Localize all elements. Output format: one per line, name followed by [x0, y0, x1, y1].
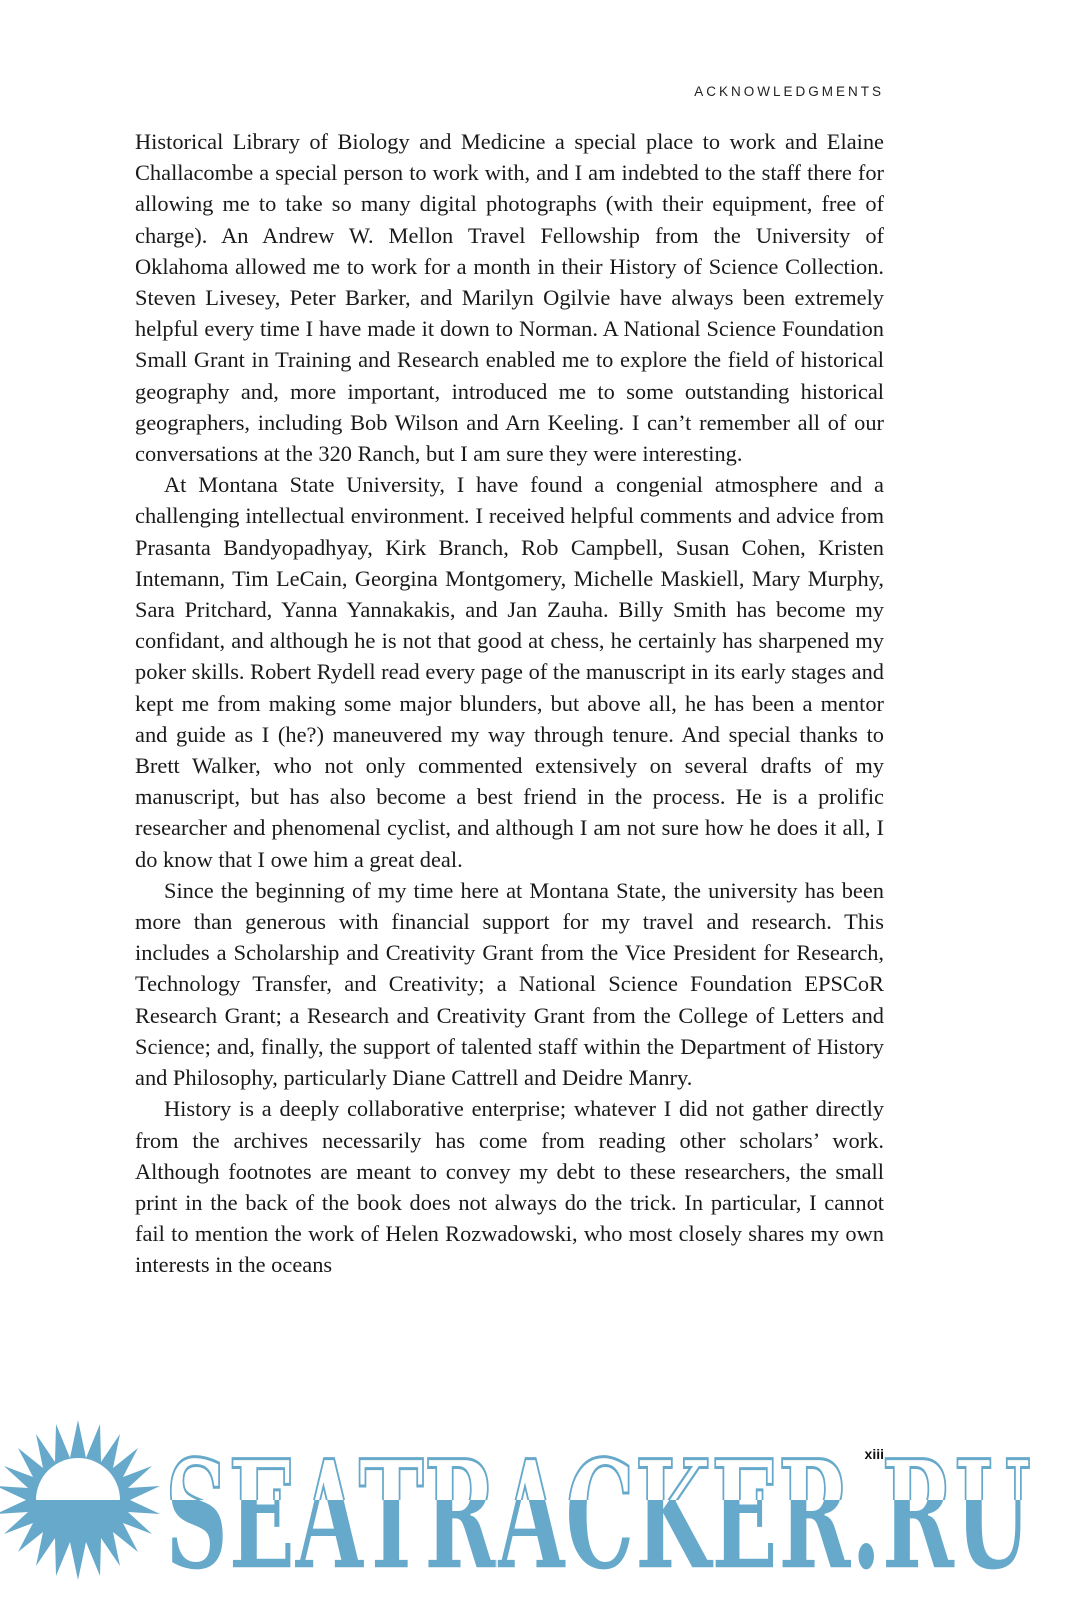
watermark: SEATRACKER.RU SEATRACKER.RU: [0, 1400, 1080, 1620]
body-text: Historical Library of Biology and Medici…: [135, 126, 884, 1281]
watermark-text: SEATRACKER.RU SEATRACKER.RU: [165, 1428, 1031, 1604]
paragraph-4: History is a deeply collaborative enterp…: [135, 1093, 884, 1280]
paragraph-2: At Montana State University, I have foun…: [135, 469, 884, 875]
sun-over-sea-icon: [0, 1420, 160, 1580]
running-head: ACKNOWLEDGMENTS: [0, 84, 884, 99]
paragraph-3: Since the beginning of my time here at M…: [135, 875, 884, 1093]
paragraph-1: Historical Library of Biology and Medici…: [135, 126, 884, 469]
